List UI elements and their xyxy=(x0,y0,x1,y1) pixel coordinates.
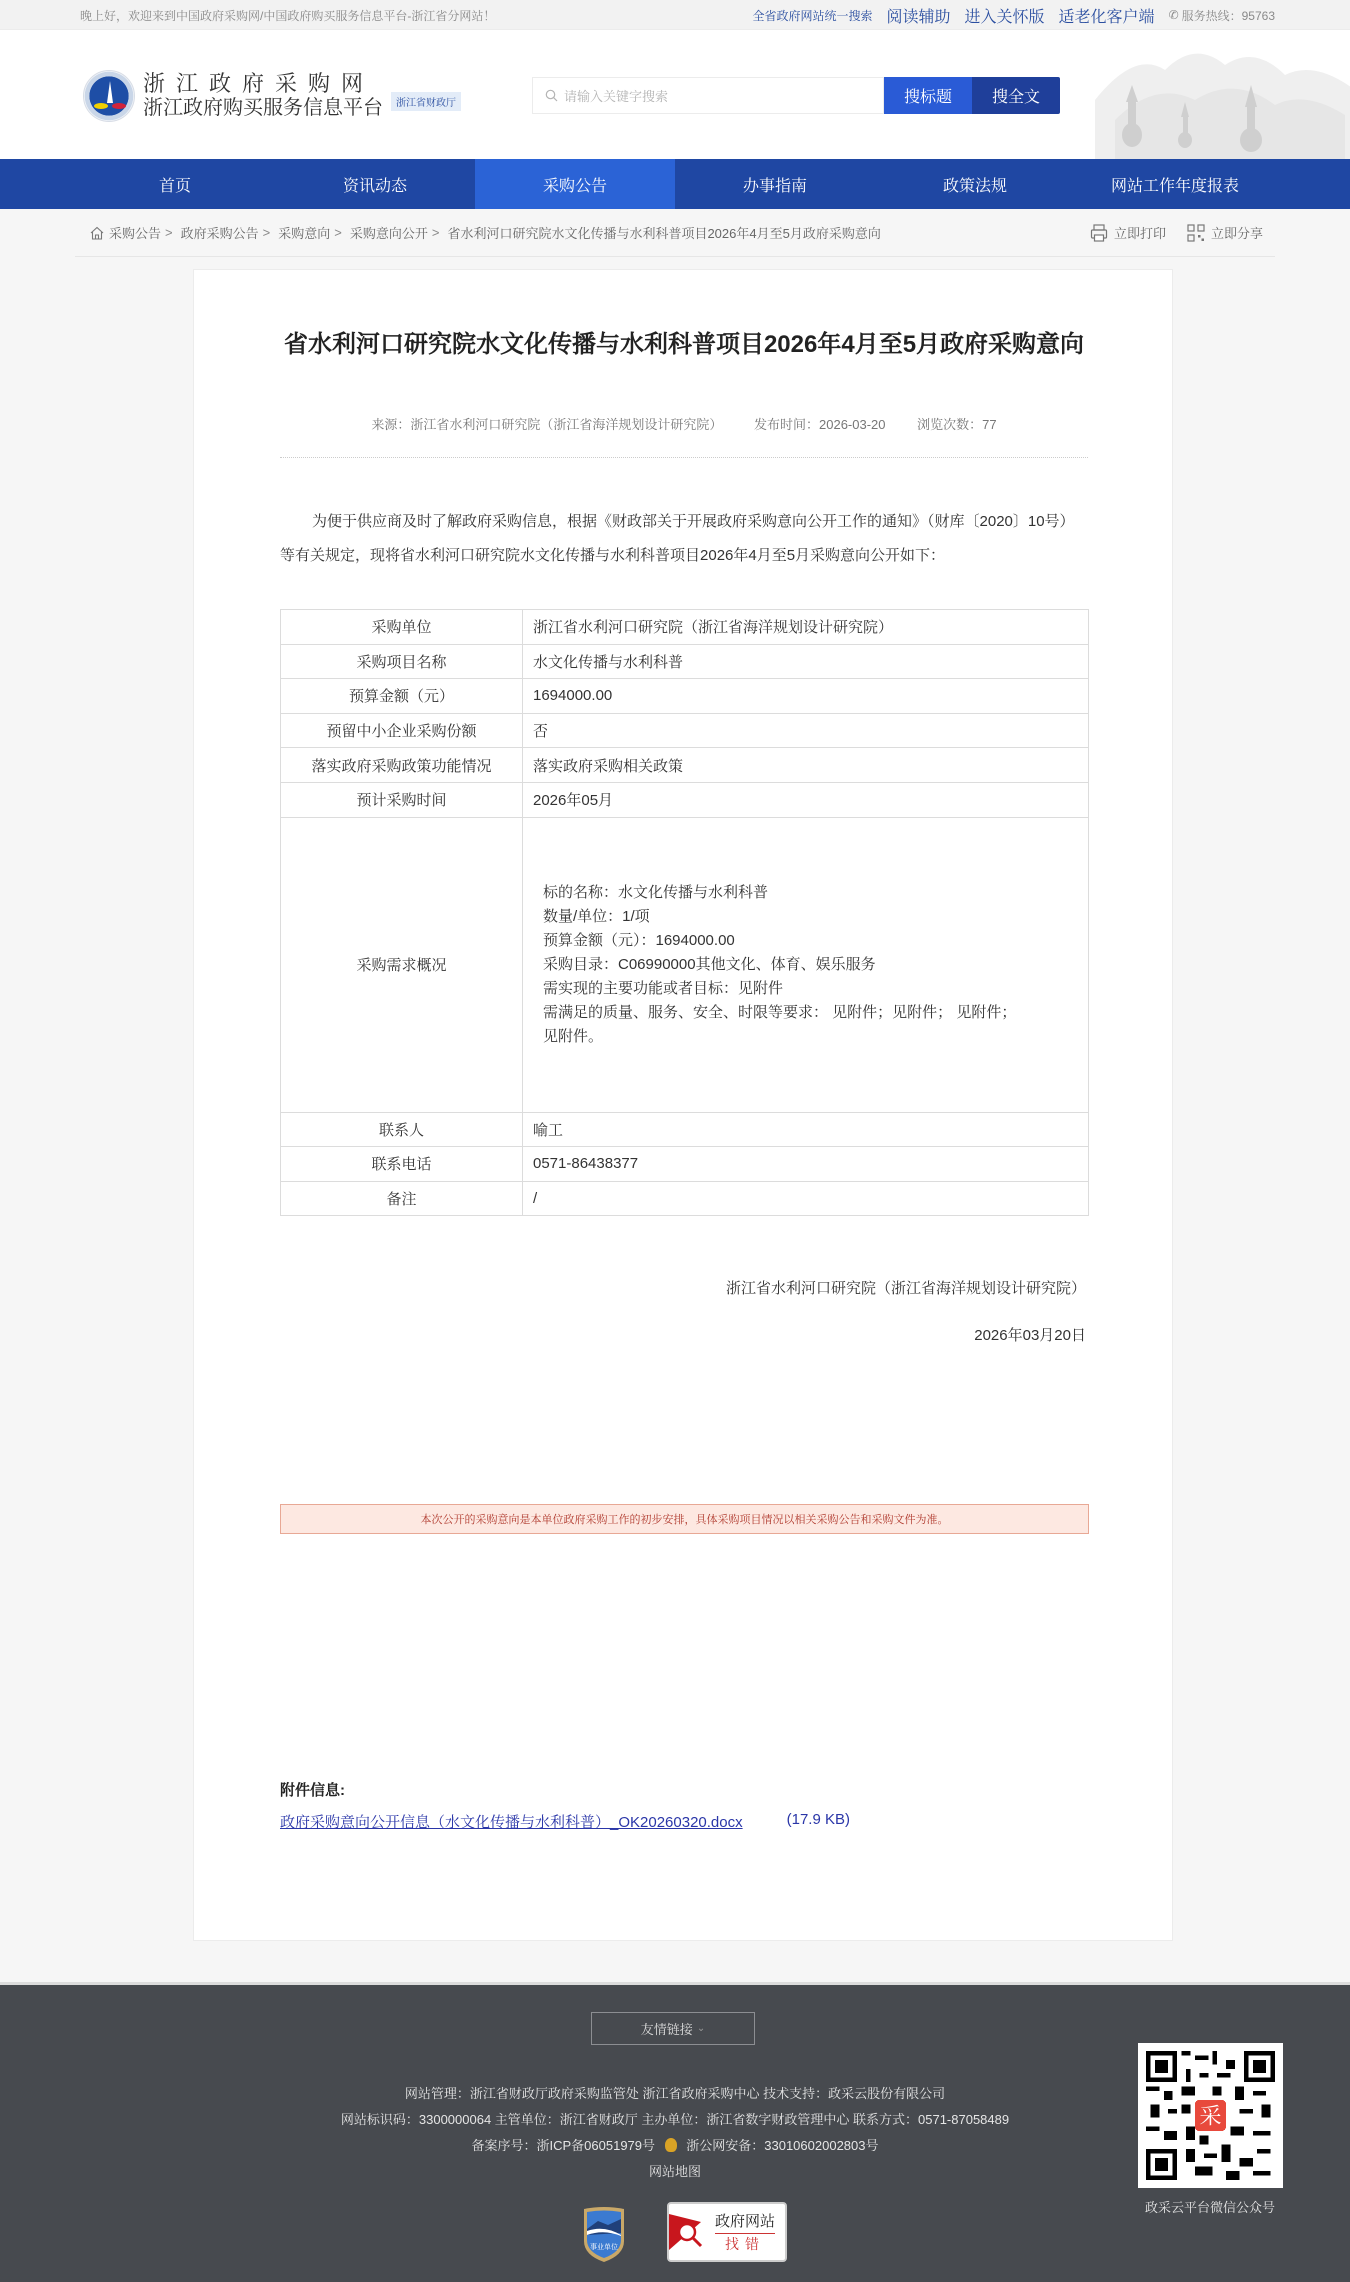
signature-date: 2026年03月20日 xyxy=(726,1312,1086,1359)
article-card: 省水利河口研究院水文化传播与水利科普项目2026年4月至5月政府采购意向 来源：… xyxy=(193,269,1173,1941)
attachment-link[interactable]: 政府采购意向公开信息（水文化传播与水利科普）_OK20260320.docx xyxy=(280,1811,743,1832)
attachment-row: 政府采购意向公开信息（水文化传播与水利科普）_OK20260320.docx (… xyxy=(280,1811,850,1832)
nav-news[interactable]: 资讯动态 xyxy=(275,159,475,209)
divider xyxy=(280,457,1088,458)
icp-link[interactable]: 备案序号：浙ICP备06051979号 xyxy=(472,2138,656,2153)
top-bar: 晚上好，欢迎来到中国政府采购网/中国政府购买服务信息平台-浙江省分网站！ 全省政… xyxy=(0,0,1350,30)
search-title-button[interactable]: 搜标题 xyxy=(884,77,972,114)
table-row: 预算金额（元）1694000.00 xyxy=(281,679,1089,714)
home-icon[interactable] xyxy=(89,225,105,241)
footer: 友情链接 ⌄ 网站管理：浙江省财政厅政府采购监管处 浙江省政府采购中心 技术支持… xyxy=(0,1982,1350,2282)
search-bar: 请输入关键字搜索 搜标题 搜全文 xyxy=(532,77,1060,114)
friend-links-dropdown[interactable]: 友情链接 ⌄ xyxy=(591,2012,755,2045)
share-button[interactable]: 立即分享 xyxy=(1186,223,1263,243)
search-placeholder: 请输入关键字搜索 xyxy=(564,86,668,105)
procurement-info-table: 采购单位浙江省水利河口研究院（浙江省海洋规划设计研究院） 采购项目名称水文化传播… xyxy=(280,609,1089,1216)
welcome-text: 晚上好，欢迎来到中国政府采购网/中国政府购买服务信息平台-浙江省分网站！ xyxy=(80,7,495,24)
page-title: 省水利河口研究院水文化传播与水利科普项目2026年4月至5月政府采购意向 xyxy=(279,330,1089,360)
logo-title: 浙江政府采购网 xyxy=(143,72,383,96)
site-logo[interactable]: 浙江政府采购网 浙江政府购买服务信息平台 浙江省财政厅 xyxy=(83,70,461,122)
search-icon xyxy=(545,89,558,102)
svg-text:事业单位: 事业单位 xyxy=(590,2242,618,2251)
main-nav: 首页 资讯动态 采购公告 办事指南 政策法规 网站工作年度报表 xyxy=(0,159,1350,209)
attachment-size: (17.9 KB) xyxy=(787,1811,850,1832)
hotline: ✆ 服务热线：95763 xyxy=(1169,7,1275,24)
table-row: 采购单位浙江省水利河口研究院（浙江省海洋规划设计研究院） xyxy=(281,610,1089,645)
attachment-heading: 附件信息: xyxy=(280,1779,345,1800)
table-row: 联系人喻工 xyxy=(281,1112,1089,1147)
institution-badge-icon[interactable]: 事业单位 xyxy=(580,2205,628,2263)
table-row: 备注/ xyxy=(281,1181,1089,1216)
phone-icon: ✆ xyxy=(1169,8,1179,22)
nav-home[interactable]: 首页 xyxy=(75,159,275,209)
disclaimer-notice: 本次公开的采购意向是本单位政府采购工作的初步安排，具体采购项目情况以相关采购公告… xyxy=(280,1504,1089,1534)
police-record-link[interactable]: 浙公网安备：33010602002803号 xyxy=(686,2138,878,2153)
signature-org: 浙江省水利河口研究院（浙江省海洋规划设计研究院） xyxy=(726,1265,1086,1312)
reading-aid-link[interactable]: 阅读辅助 xyxy=(887,4,951,27)
breadcrumb: 采购公告> 政府采购公告> 采购意向> 采购意向公开> 省水利河口研究院水文化传… xyxy=(89,223,881,242)
emblem-icon xyxy=(83,70,135,122)
intro-paragraph: 为便于供应商及时了解政府采购信息，根据《财政部关于开展政府采购意向公开工作的通知… xyxy=(280,505,1088,573)
table-row: 预留中小企业采购份额否 xyxy=(281,713,1089,748)
breadcrumb-current: 省水利河口研究院水文化传播与水利科普项目2026年4月至5月政府采购意向 xyxy=(447,223,880,242)
source: 来源：浙江省水利河口研究院（浙江省海洋规划设计研究院） xyxy=(371,417,722,432)
nav-guide[interactable]: 办事指南 xyxy=(675,159,875,209)
nav-policy[interactable]: 政策法规 xyxy=(875,159,1075,209)
qr-caption: 政采云平台微信公众号 xyxy=(1120,2197,1300,2216)
print-button[interactable]: 立即打印 xyxy=(1089,223,1166,243)
signature-block: 浙江省水利河口研究院（浙江省海洋规划设计研究院） 2026年03月20日 xyxy=(726,1265,1086,1359)
breadcrumb-bar: 采购公告> 政府采购公告> 采购意向> 采购意向公开> 省水利河口研究院水文化传… xyxy=(75,209,1275,257)
logo-tag: 浙江省财政厅 xyxy=(391,92,461,111)
elderly-client-link[interactable]: 适老化客户端 xyxy=(1059,4,1155,27)
logo-subtitle: 浙江政府购买服务信息平台 xyxy=(143,96,383,120)
svg-text:采: 采 xyxy=(1199,2104,1221,2129)
nav-procurement-notice[interactable]: 采购公告 xyxy=(475,159,675,209)
sitemap-link[interactable]: 网站地图 xyxy=(649,2164,701,2179)
gov-site-error-report-button[interactable]: 政府网站 找错 xyxy=(667,2202,787,2262)
wechat-qr-code: 采 xyxy=(1138,2043,1283,2188)
nav-annual-report[interactable]: 网站工作年度报表 xyxy=(1075,159,1275,209)
table-row: 联系电话0571-86438377 xyxy=(281,1147,1089,1182)
breadcrumb-item[interactable]: 政府采购公告 xyxy=(181,223,259,242)
magnifier-flag-icon xyxy=(669,2210,709,2254)
care-version-link[interactable]: 进入关怀版 xyxy=(965,4,1045,27)
chevron-down-icon: ⌄ xyxy=(697,2023,705,2034)
publish-time: 发布时间：2026-03-20 xyxy=(754,417,886,432)
police-badge-icon xyxy=(665,2138,677,2152)
table-row: 落实政府采购政策功能情况落实政府采购相关政策 xyxy=(281,748,1089,783)
printer-icon xyxy=(1089,223,1109,243)
requirements-list: 标的名称：水文化传播与水利科普 数量/单位：1/项 预算金额（元）：169400… xyxy=(533,881,1078,1049)
table-row-requirements: 采购需求概况 标的名称：水文化传播与水利科普 数量/单位：1/项 预算金额（元）… xyxy=(281,817,1089,1112)
view-count: 浏览次数：77 xyxy=(917,417,996,432)
mountain-pagoda-decoration xyxy=(1095,30,1350,159)
breadcrumb-item[interactable]: 采购公告 xyxy=(109,223,161,242)
table-row: 采购项目名称水文化传播与水利科普 xyxy=(281,644,1089,679)
header: 浙江政府采购网 浙江政府购买服务信息平台 浙江省财政厅 请输入关键字搜索 搜标题… xyxy=(0,30,1350,159)
search-input[interactable]: 请输入关键字搜索 xyxy=(532,77,884,114)
qr-share-icon xyxy=(1186,223,1206,243)
article-meta: 来源：浙江省水利河口研究院（浙江省海洋规划设计研究院） 发布时间：2026-03… xyxy=(194,414,1174,433)
unified-search-link[interactable]: 全省政府网站统一搜索 xyxy=(753,7,873,24)
search-fulltext-button[interactable]: 搜全文 xyxy=(972,77,1060,114)
breadcrumb-item[interactable]: 采购意向 xyxy=(278,223,330,242)
qr-code-icon: 采 xyxy=(1146,2051,1275,2180)
table-row: 预计采购时间2026年05月 xyxy=(281,782,1089,817)
breadcrumb-item[interactable]: 采购意向公开 xyxy=(350,223,428,242)
